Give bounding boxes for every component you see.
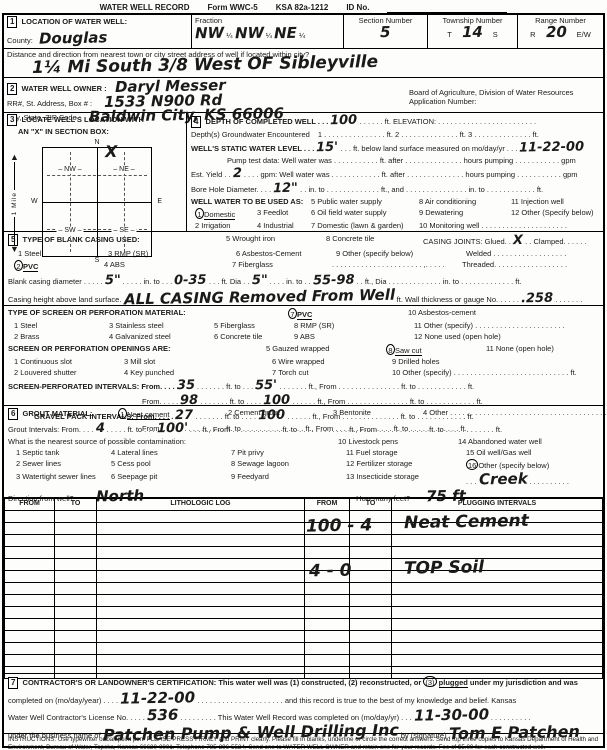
compass-n: N <box>92 139 101 147</box>
quadrant-ne: – NE – <box>111 165 136 173</box>
contam-15: 15 Oil well/Gas well <box>466 448 531 457</box>
height-value: ALL CASING Removed From Well <box>123 288 394 308</box>
opening-4: 4 Key punched <box>124 368 272 377</box>
use-title: WELL WATER TO BE USED AS: <box>191 197 311 206</box>
range-value: 20 <box>546 25 567 40</box>
section3-title1: LOCATE WELL'S LOCATION WITH <box>22 115 144 124</box>
opening-9: 9 Drilled holes <box>392 357 440 366</box>
grout-interval-mid1: . . . . . ft. to . . . <box>107 425 155 434</box>
opening-8-number-circled: 8 <box>386 344 395 355</box>
cert-3-circled: (3) <box>423 676 436 687</box>
grout-interval-from: 4 <box>95 422 104 435</box>
casing-2-number-circled: 2 <box>14 260 23 271</box>
opening-7: 7 Torch cut <box>272 368 392 377</box>
joints-clamped: . . Clamped. . . . . . <box>525 237 586 246</box>
table-row <box>5 595 603 607</box>
use-7: 7 Domestic (lawn & garden) <box>311 221 419 230</box>
grout-intervals-label: Grout Intervals: From. . . . <box>8 425 93 434</box>
screen-12: 12 None used (open hole) <box>414 332 501 341</box>
diameter-v4: 55-98 <box>313 274 355 288</box>
township-s: S <box>493 30 498 39</box>
groundwater-label: Depth(s) Groundwater Encountered <box>191 130 310 139</box>
bore-after: . . in. to . . . . . . . . . . . . . ft.… <box>300 185 543 194</box>
diameter-v3: 5" <box>251 274 267 287</box>
arrow-up-icon: ▲ <box>10 153 19 162</box>
bore-value: 12" <box>273 181 298 194</box>
use-11: 11 Injection well <box>511 197 564 206</box>
section2-owner: 2 WATER WELL OWNER : Daryl Messer RR#, S… <box>4 78 603 113</box>
plugging-interval-2-range: 4 - 0 <box>309 563 352 581</box>
grout-1-label: Neat cement <box>127 410 170 420</box>
casing-7: 7 Fiberglass <box>232 260 332 269</box>
table-row <box>5 535 603 547</box>
casing-8: 8 Concrete tile <box>326 234 423 243</box>
table-row <box>5 631 603 643</box>
compass-s: S <box>93 257 102 265</box>
col-from-1: FROM <box>5 499 55 511</box>
cert-line3-post: . . . . . . . . . . <box>491 713 531 722</box>
spi1-end: . . . . . . . ft., From . . . . . . . . … <box>280 382 475 391</box>
fraction-cell: Fraction NW ¼ NW ¼ NE ¼ <box>192 15 344 48</box>
arrow-down-icon: ▼ <box>10 245 19 254</box>
screen-1: 1 Steel <box>8 321 109 330</box>
use-8: 8 Air conditioning <box>419 197 511 206</box>
grout-4: 4 Other . . . . . . . . . . . . . . . . … <box>423 408 607 417</box>
table-row <box>5 571 603 583</box>
quarter-2: ¼ <box>266 31 272 40</box>
section3-title2: AN "X" IN SECTION BOX: <box>4 127 186 136</box>
diameter-label: Blank casing diameter . . . . . <box>8 277 103 286</box>
range-r: R <box>530 30 535 39</box>
spi2-mid: . . . . . . . ft. to . . . . <box>201 397 261 406</box>
id-label: ID No. <box>346 3 369 13</box>
spi1-mid: . . . . . . . ft. to . . . <box>197 382 253 391</box>
quarter-1: ¼ <box>226 31 232 40</box>
use-5: 5 Public water supply <box>311 197 419 206</box>
casing-2-label: PVC <box>23 262 38 272</box>
screen-3: 3 Stainless steel <box>109 321 214 330</box>
table-row <box>5 607 603 619</box>
joints-threaded: Threaded. . . . . . . . . . . . . . . . … <box>462 260 567 269</box>
contam-16-value: Creek <box>478 471 527 487</box>
distance-value: 1¼ Mi South 3/8 West OF Sibleyville <box>32 54 378 77</box>
cert-line2: completed on (mo/day/year) . . . . <box>8 696 118 705</box>
contam-16-dots2: . . . . . . . . . . <box>529 477 569 486</box>
use-3: 3 Feedlot <box>257 208 311 217</box>
screen-7-label: PVC <box>297 310 312 320</box>
section-box-diagram: N S W E – NW – – NE – – SW – – SE – X <box>42 147 152 257</box>
quadrant-se: – SE – <box>111 227 136 235</box>
water-well-record-form: WATER WELL RECORD Form WWC-5 KSA 82a-121… <box>0 0 607 750</box>
township-cell: Township Number T 14 S <box>428 15 518 48</box>
joints-label: CASING JOINTS: Glued. . <box>423 237 511 246</box>
use-9: 9 Dewatering <box>419 208 511 217</box>
yield-label: Est. Yield . . <box>191 170 231 179</box>
casing-9-dots: . . . . . . . . . . . . . . . . . . . . … <box>332 260 462 269</box>
table-row <box>5 655 603 667</box>
township-value: 14 <box>462 25 483 40</box>
plugging-interval-1-material: Neat Cement <box>404 513 529 532</box>
use-10: 10 Monitoring well . . . . . . . . . . .… <box>419 221 567 230</box>
one-mile-scale: ▲ 1 Mile ▼ <box>10 153 19 254</box>
lithologic-table-area: FROM TO LITHOLOGIC LOG FROM TO PLUGGING … <box>4 498 603 673</box>
section4-well-details: 4 DEPTH OF COMPLETED WELL . . . 100 . . … <box>187 113 603 231</box>
screen-6: 6 Concrete tile <box>214 332 294 341</box>
groundwater-dots: 1 . . . . . . . . . . . . . . . ft. 2 . … <box>318 130 539 139</box>
contam-11: 11 Fuel storage <box>346 448 466 457</box>
contam-9: 9 Feedyard <box>231 472 346 481</box>
fraction-1: NW <box>195 26 224 42</box>
well-x-mark: X <box>104 144 117 160</box>
township-t: T <box>447 30 451 39</box>
distance-row: Distance and direction from nearest town… <box>4 49 603 78</box>
casing-5: 5 Wrought iron <box>226 234 326 243</box>
col-lithologic-log: LITHOLOGIC LOG <box>97 499 305 511</box>
screen-title: TYPE OF SCREEN OR PERFORATION MATERIAL: <box>8 308 288 317</box>
cert-license: 536 <box>147 707 179 723</box>
opening-1: 1 Continuous slot <box>8 357 124 366</box>
contam-1: 1 Septic tank <box>8 448 111 457</box>
spi1-to: 55' <box>255 379 277 392</box>
contam-8: 8 Sewage lagoon <box>231 459 346 468</box>
grout-3: 3 Bentonite <box>333 408 423 417</box>
height-mid: ft. Wall thickness or gauge No. . . . . … <box>397 295 519 304</box>
diameter-m2: . . . ft. Dia . . <box>209 277 249 286</box>
contam-12: 12 Fertilizer storage <box>346 459 466 468</box>
compass-w: W <box>29 198 40 206</box>
doc-title: WATER WELL RECORD <box>100 3 190 13</box>
contam-7: 7 Pit privy <box>231 448 346 457</box>
spi2-to: 100 <box>263 394 290 407</box>
static-level-mid: . . . ft. below land surface measured on… <box>341 144 518 153</box>
cert-line4-mid: by (signature) <box>401 731 447 740</box>
col-plugging-intervals: PLUGGING INTERVALS <box>392 499 603 511</box>
grout-title: GROUT MATERIAL: <box>23 409 93 418</box>
statute: KSA 82a-1212 <box>276 3 329 13</box>
spi1-from: 35 <box>177 379 195 392</box>
owner-address-label: RR#, St. Address, Box # : <box>7 99 92 108</box>
diameter-m4: . . ft., Dia . . . . . . . . . . . . . i… <box>356 277 521 286</box>
table-row <box>5 583 603 595</box>
opening-6: 6 Wire wrapped <box>272 357 392 366</box>
use-1-number-circled: 1 <box>195 208 204 219</box>
contam-16-number-circled: 16 <box>466 459 478 470</box>
document-header: WATER WELL RECORD Form WWC-5 KSA 82a-121… <box>0 0 607 13</box>
table-row <box>5 643 603 655</box>
cert-line1-post: under my jurisdiction and was <box>470 678 578 687</box>
contam-3: 3 Watertight sewer lines <box>8 472 111 481</box>
section1-number: 1 <box>7 16 17 28</box>
application-number-label: Application Number: <box>409 97 599 106</box>
screen-5: 5 Fiberglass <box>214 321 294 330</box>
owner-title: WATER WELL OWNER : <box>22 84 107 93</box>
screen-11: 11 Other (specify) . . . . . . . . . . .… <box>414 321 565 330</box>
diameter-v2: 0-35 <box>174 274 207 288</box>
diameter-v1: 5" <box>105 274 121 287</box>
mile-label: 1 Mile <box>11 192 19 215</box>
section7-number: 7 <box>8 677 18 689</box>
diameter-m1: . . . . . in. to . . . <box>123 277 173 286</box>
static-level-date: 11-22-00 <box>519 140 584 154</box>
use-1-label: Domestic <box>204 210 235 220</box>
cert-line4: under the business name of <box>8 731 101 740</box>
cert-date2: 11-30-00 <box>414 707 489 723</box>
section-number-cell: Section Number 5 <box>344 15 428 48</box>
table-row <box>5 619 603 631</box>
opening-10: 10 Other (specify) . . . . . . . . . . .… <box>392 368 577 377</box>
contam-10: 10 Livestock pens <box>338 437 458 446</box>
height-label: Casing height above land surface. <box>8 295 121 304</box>
cert-date1: 11-22-00 <box>120 690 195 706</box>
screen-9: 9 ABS <box>294 332 414 341</box>
spi-label: SCREEN-PERFORATED INTERVALS: From. . . . <box>8 382 175 391</box>
section1-location-row: 1 LOCATION OF WATER WELL: County: Dougla… <box>4 15 603 49</box>
cert-business-name: Patchen Pump & Well Drilling Inc <box>103 722 399 743</box>
cert-line1: CONTRACTOR'S OR LANDOWNER'S CERTIFICATIO… <box>23 678 422 687</box>
compass-e: E <box>155 198 164 206</box>
casing-6: 6 Asbestos-Cement <box>236 249 336 258</box>
spi2-label: From. . . . . <box>142 397 178 406</box>
contam-6: 6 Seepage pit <box>111 472 231 481</box>
gauge-value: .258 <box>521 292 553 306</box>
contam-5: 5 Cess pool <box>111 459 231 468</box>
spi2-end: . . . . . . ft., From . . . . . . . . . … <box>292 397 482 406</box>
yield-value: 2 <box>233 167 242 180</box>
joints-glued-x: X <box>513 234 523 247</box>
fraction-2: NW <box>234 26 263 42</box>
use-2: 2 Irrigation <box>191 221 257 230</box>
screen-10: 10 Asbestos-cement <box>408 308 476 317</box>
casing-4: 4 ABS <box>104 260 232 269</box>
county-value: Douglas <box>39 30 108 46</box>
county-label: County: <box>7 36 33 45</box>
joints-welded: Welded . . . . . . . . . . . . . . . . .… <box>466 249 566 258</box>
instructions-line2: Environment, Bureau of Water, Topeka, Ka… <box>8 744 599 750</box>
cert-line2-post: . . . . . . . . . . . . . . . . . . . . … <box>197 696 516 705</box>
location-county-cell: 1 LOCATION OF WATER WELL: County: Dougla… <box>4 15 192 48</box>
depth-value: 100 <box>330 114 357 127</box>
col-to-2: TO <box>350 499 392 511</box>
section2-number: 2 <box>7 83 17 95</box>
casing-9: 9 Other (specify below) <box>336 249 466 258</box>
section-number-value: 5 <box>380 25 391 40</box>
cert-plugged: plugged <box>439 678 468 688</box>
table-row <box>5 559 603 571</box>
grout-1-number-circled: 1 <box>118 408 127 419</box>
contam-16-label: Other (specify below) <box>478 461 549 470</box>
agency-text: Board of Agriculture, Division of Water … <box>409 88 599 97</box>
section3-number: 3 <box>7 114 17 126</box>
quarter-3: ¼ <box>299 31 305 40</box>
opening-3: 3 Mill slot <box>124 357 272 366</box>
grout-interval-to: 100' <box>157 421 188 435</box>
table-row <box>5 547 603 559</box>
opening-11: 11 None (open hole) <box>486 344 554 353</box>
screen-7-number-circled: 7 <box>288 308 297 319</box>
use-6: 6 Oil field water supply <box>311 208 419 217</box>
col-to-1: TO <box>55 499 97 511</box>
gpi1-to: 100 <box>258 409 285 422</box>
use-4: 4 Industrial <box>257 221 311 230</box>
opening-8-label: Saw cut <box>395 346 422 356</box>
diameter-m3: . . . . in. to . . <box>269 277 310 286</box>
cert-signature: Tom E Patchen <box>449 723 580 741</box>
opening-5: 5 Gauzed wrapped <box>266 344 386 353</box>
cert-line3: Water Well Contractor's License No. . . … <box>8 713 145 722</box>
pump-test-line: Pump test data: Well water was . . . . .… <box>187 155 603 166</box>
section3-locate-diagram: 3 LOCATE WELL'S LOCATION WITH AN "X" IN … <box>4 113 187 231</box>
plugging-interval-2-material: TOP Soil <box>404 559 484 577</box>
section3-4-row: 3 LOCATE WELL'S LOCATION WITH AN "X" IN … <box>4 113 603 231</box>
col-from-2: FROM <box>305 499 350 511</box>
contam-2: 2 Sewer lines <box>8 459 111 468</box>
form-number: Form WWC-5 <box>207 3 257 13</box>
range-cell: Range Number R 20 E/W <box>518 15 603 48</box>
contam-4: 4 Lateral lines <box>111 448 231 457</box>
quadrant-sw: – SW – <box>57 227 84 235</box>
bore-label: Bore Hole Diameter. . . . <box>191 185 271 194</box>
openings-title: SCREEN OR PERFORATION OPENINGS ARE: <box>8 344 266 353</box>
spi2-from: 98 <box>180 394 198 407</box>
section1-title: LOCATION OF WATER WELL: <box>22 17 128 26</box>
quadrant-nw: – NW – <box>56 165 83 173</box>
section6-number: 6 <box>8 408 18 420</box>
yield-after: . . . . gpm: Well water was . . . . . . … <box>244 170 578 179</box>
screen-section: TYPE OF SCREEN OR PERFORATION MATERIAL:7… <box>4 306 603 406</box>
height-end: . . . . . . . <box>555 295 582 304</box>
screen-2: 2 Brass <box>8 332 109 341</box>
static-level-value: 15' <box>316 140 338 153</box>
static-level-label: WELL'S STATIC WATER LEVEL . . . <box>191 144 314 153</box>
contam-14: 14 Abandoned water well <box>458 437 542 446</box>
fraction-3: NE <box>274 26 297 41</box>
opening-2: 2 Louvered shutter <box>8 368 124 377</box>
contam-13: 13 Insecticide storage <box>346 472 466 481</box>
section7-certification: 7 CONTRACTOR'S OR LANDOWNER'S CERTIFICAT… <box>4 673 603 733</box>
use-12: 12 Other (Specify below) <box>511 208 594 217</box>
screen-4: 4 Galvanized steel <box>109 332 214 341</box>
grout-interval-mid2: . . . ft., From . . . . . . . . . . . . … <box>190 425 502 434</box>
plugging-interval-1-range: 100 - 4 <box>306 517 373 535</box>
range-ew: E/W <box>577 30 591 39</box>
contamination-question: What is the nearest source of possible c… <box>8 437 338 446</box>
screen-8: 8 RMP (SR) <box>294 321 414 330</box>
contam-16-dots: . . . <box>466 477 476 486</box>
